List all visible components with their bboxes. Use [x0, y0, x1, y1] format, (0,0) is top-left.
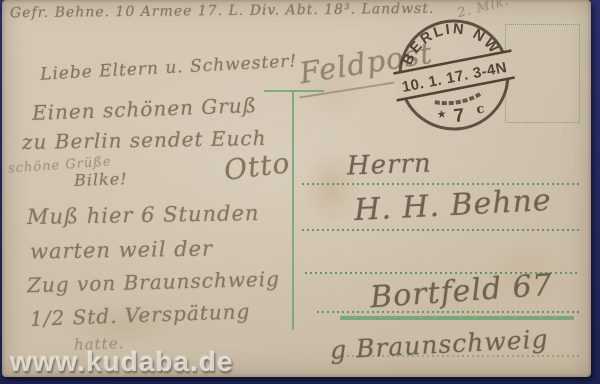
message-signature: Otto	[222, 146, 292, 187]
address-recipient-title: Herrn	[347, 149, 433, 182]
address-place: Bortfeld 67	[369, 268, 554, 316]
postmark-letter-code: c	[476, 102, 486, 118]
message-line: Bilke!	[74, 169, 128, 190]
watermark: www.kudaba.de	[10, 346, 234, 378]
message-line: warten weil der	[30, 236, 213, 263]
sender-note-line1: Gefr. Behne. 10 Armee 17. L. Div. Abt. 1…	[10, 1, 435, 21]
postcard-scan: Gefr. Behne. 10 Armee 17. L. Div. Abt. 1…	[0, 0, 600, 384]
message-line: 1/2 Std. Verspätung	[30, 299, 251, 331]
message-salutation: Liebe Eltern u. Schwester!	[40, 51, 298, 84]
message-line: Einen schönen Gruß	[32, 93, 258, 125]
address-guide-line	[317, 311, 579, 313]
divider-top-bar	[264, 90, 324, 92]
address-recipient-name: H. H. Behne	[353, 183, 552, 228]
postmark-stamp: BERLIN NW 10. 1. 17. 3-4N ★ 7 c	[387, 7, 521, 143]
postmark-district-number: 7	[453, 105, 466, 127]
address-underline-thick	[340, 316, 574, 320]
postmark-star-icon: ★	[436, 107, 448, 121]
postcard-back: Gefr. Behne. 10 Armee 17. L. Div. Abt. 1…	[2, 0, 591, 377]
center-divider-line	[292, 91, 294, 330]
message-line: Muß hier 6 Stunden	[27, 201, 260, 229]
address-guide-line	[302, 229, 579, 231]
message-line: Zug von Braunschweig	[27, 267, 281, 298]
message-line: zu Berlin sendet Euch	[22, 126, 267, 154]
address-district: g Braunschweig	[329, 324, 549, 364]
